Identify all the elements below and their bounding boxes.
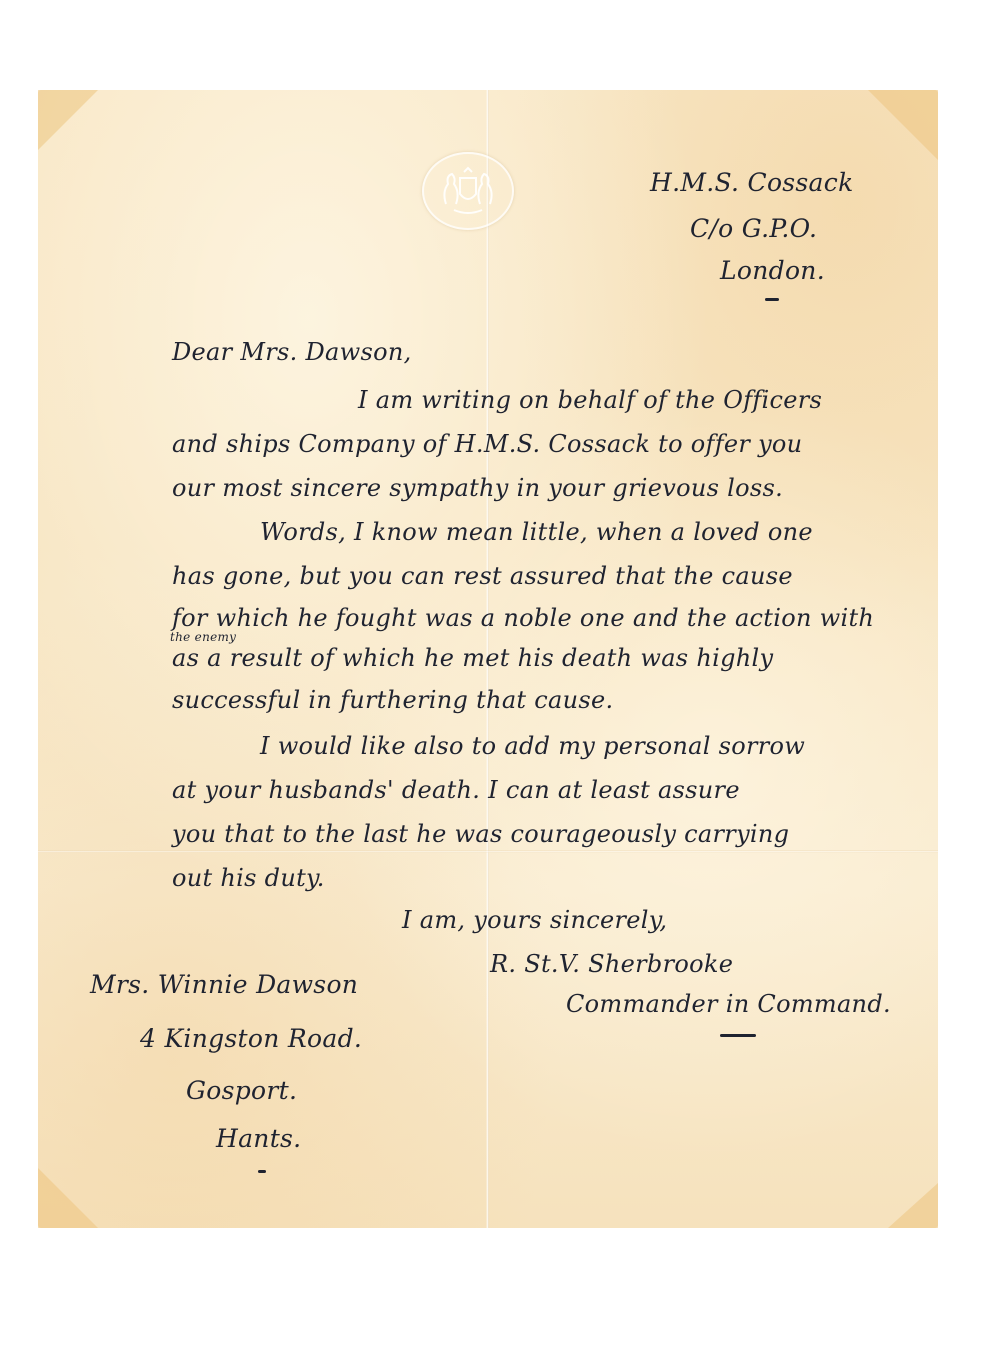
body-line: out his duty. — [172, 864, 325, 892]
body-line: I would like also to add my personal sor… — [260, 732, 805, 760]
recipient-end-dash — [258, 1170, 266, 1173]
salutation: Dear Mrs. Dawson, — [172, 338, 412, 366]
body-line: has gone, but you can rest assured that … — [172, 562, 793, 590]
insertion-note: the enemy — [170, 630, 236, 644]
body-line: at your husbands' death. I can at least … — [172, 776, 740, 804]
body-line: as a result of which he met his death wa… — [172, 644, 773, 672]
paper-corner-stain — [38, 90, 98, 150]
sender-address-line: London. — [720, 256, 825, 285]
coat-of-arms-emboss-icon — [422, 152, 514, 230]
body-line: you that to the last he was courageously… — [172, 820, 789, 848]
paper-corner-stain — [868, 90, 938, 160]
signature: R. St.V. Sherbrooke — [490, 950, 733, 978]
body-line: successful in furthering that cause. — [172, 686, 613, 714]
recipient-address-line: Mrs. Winnie Dawson — [90, 970, 358, 999]
letter-paper: H.M.S. Cossack C/o G.P.O. London. Dear M… — [38, 90, 938, 1228]
paper-corner-stain — [38, 1168, 98, 1228]
sender-address-line: H.M.S. Cossack — [650, 168, 854, 197]
paper-corner-stain — [888, 1183, 938, 1228]
address-end-dash — [765, 298, 779, 301]
recipient-address-line: Hants. — [216, 1124, 301, 1153]
horizontal-fold-line — [38, 850, 938, 853]
recipient-address-line: 4 Kingston Road. — [140, 1024, 362, 1053]
signature-end-dash — [720, 1034, 756, 1037]
signature-title: Commander in Command. — [566, 990, 891, 1018]
body-line: I am writing on behalf of the Officers — [358, 386, 822, 414]
body-line: and ships Company of H.M.S. Cossack to o… — [172, 430, 802, 458]
body-line: Words, I know mean little, when a loved … — [260, 518, 813, 546]
body-line: our most sincere sympathy in your grievo… — [172, 474, 783, 502]
body-line: for which he fought was a noble one and … — [172, 604, 874, 632]
sender-address-line: C/o G.P.O. — [690, 214, 817, 243]
recipient-address-line: Gosport. — [186, 1076, 297, 1105]
closing: I am, yours sincerely, — [402, 906, 667, 934]
